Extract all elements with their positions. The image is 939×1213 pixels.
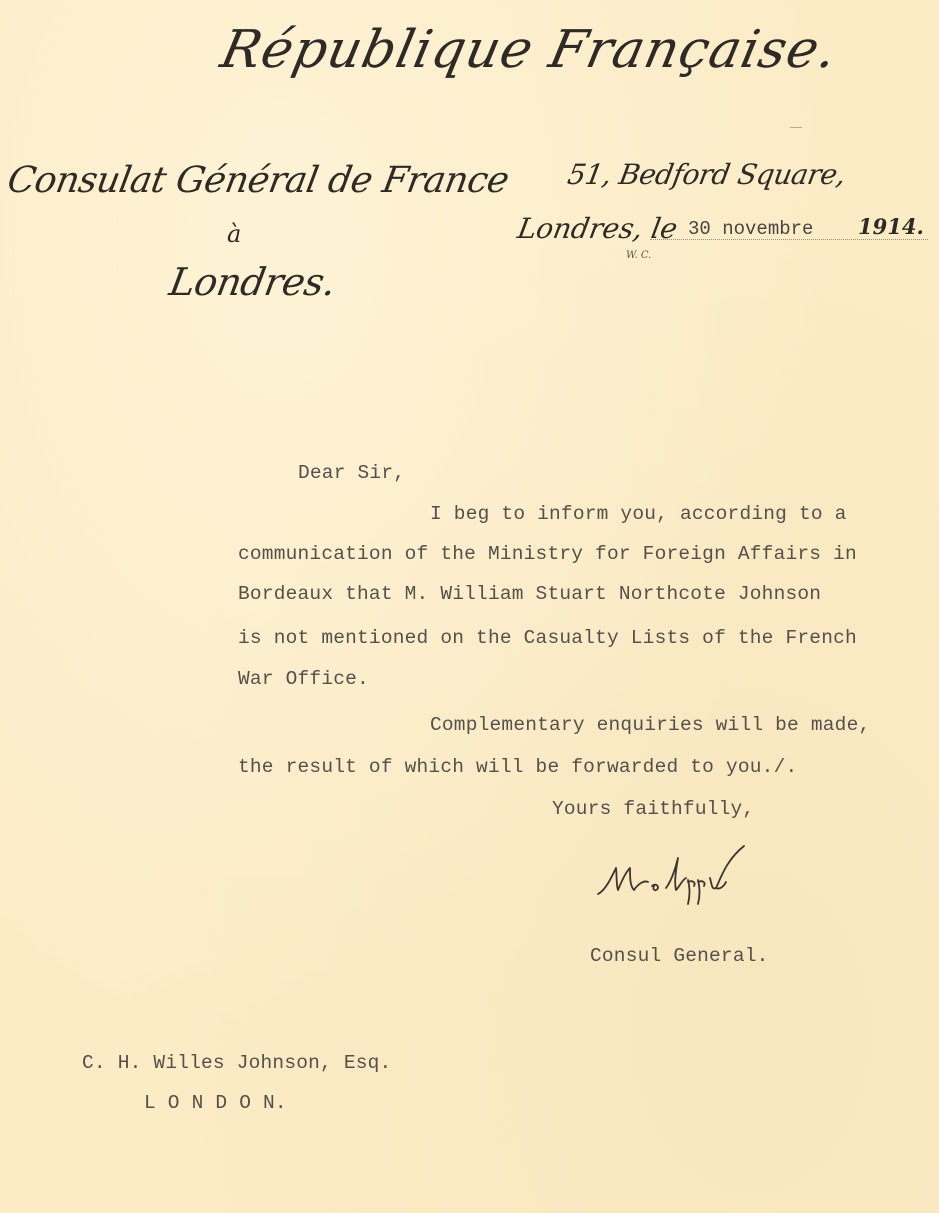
sender-preposition: à — [227, 220, 241, 248]
sender-consulate: Consulat Général de France — [4, 160, 511, 201]
sender-address: 51, Bedford Square, — [565, 158, 848, 191]
body-line: communication of the Ministry for Foreig… — [238, 543, 857, 565]
handwritten-signature-icon — [592, 840, 792, 910]
date-typed: 30 novembre — [688, 218, 813, 240]
body-line: War Office. — [238, 668, 369, 690]
sender-city: Londres. — [166, 260, 339, 304]
body-line: Complementary enquiries will be made, — [430, 714, 870, 736]
salutation: Dear Sir, — [298, 462, 405, 484]
place-prefix: Londres, le — [515, 212, 680, 245]
recipient-city: L O N D O N. — [144, 1092, 287, 1114]
body-line: Bordeaux that M. William Stuart Northcot… — [238, 583, 821, 605]
body-line: I beg to inform you, according to a — [430, 503, 847, 525]
closing: Yours faithfully, — [552, 798, 754, 820]
date-line: Londres, le 30 novembre 1914. — [518, 212, 928, 246]
body-line: is not mentioned on the Casualty Lists o… — [238, 627, 857, 649]
paper-mark — [790, 127, 802, 128]
postal-district: W. C. — [626, 250, 651, 261]
recipient-name: C. H. Willes Johnson, Esq. — [82, 1052, 391, 1074]
body-line: the result of which will be forwarded to… — [238, 756, 797, 778]
signatory-title: Consul General. — [590, 945, 769, 967]
letterhead-title: République Française. — [216, 20, 843, 80]
date-year: 1914. — [858, 214, 924, 239]
